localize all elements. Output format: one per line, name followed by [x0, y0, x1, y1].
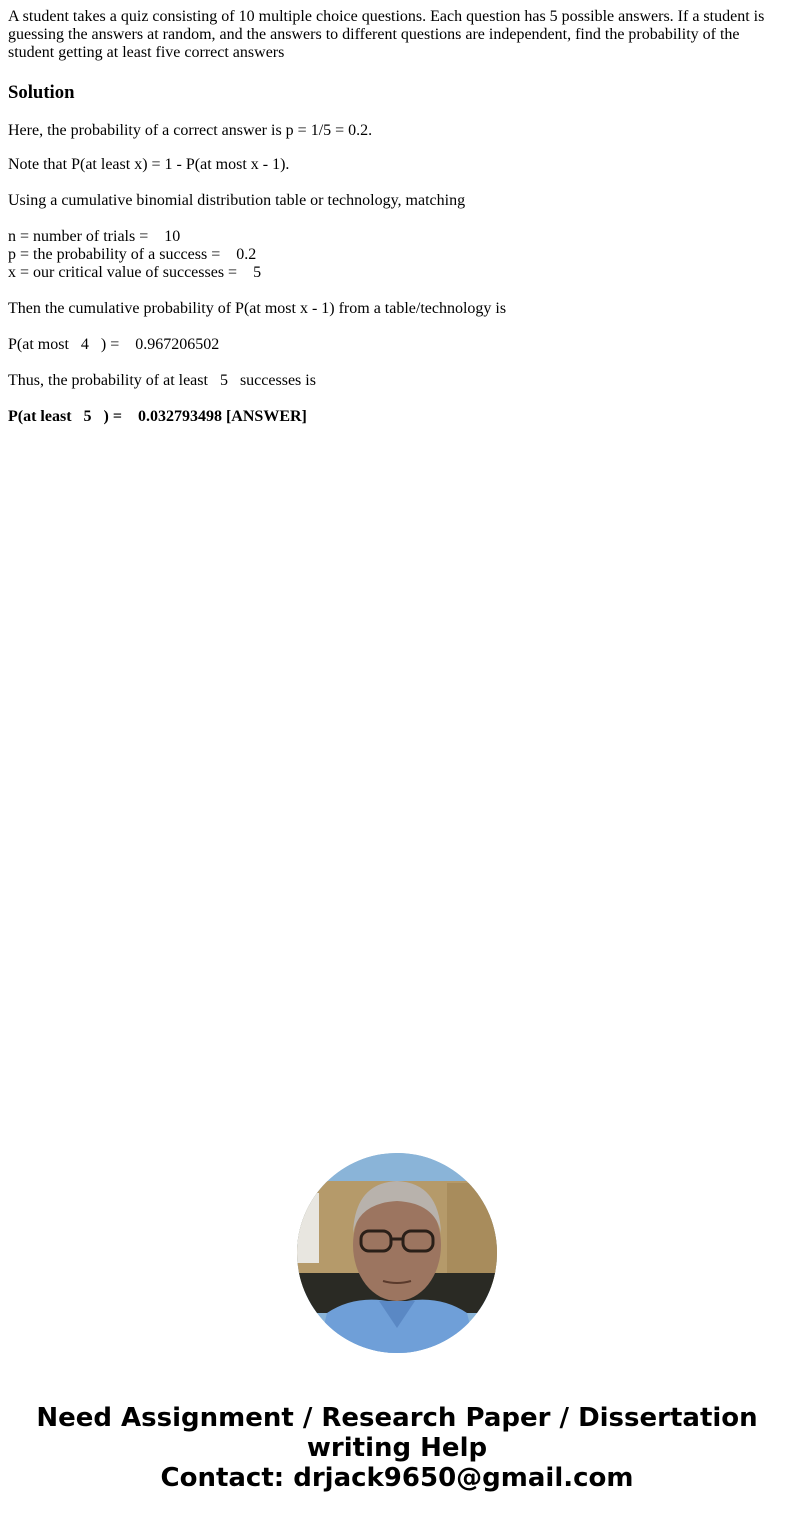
param-x: x = our critical value of successes = 5 — [8, 264, 786, 282]
cumulative-statement: Then the cumulative probability of P(at … — [8, 300, 786, 318]
cumulative-value: P(at most 4 ) = 0.967206502 — [8, 336, 786, 354]
conclusion-statement: Thus, the probability of at least 5 succ… — [8, 372, 786, 390]
probability-statement: Here, the probability of a correct answe… — [8, 122, 786, 140]
param-p: p = the probability of a success = 0.2 — [8, 246, 786, 264]
promo-banner: Need Assignment / Research Paper / Disse… — [0, 1403, 794, 1493]
complement-note: Note that P(at least x) = 1 - P(at most … — [8, 156, 786, 174]
solution-heading: Solution — [8, 82, 786, 104]
parameter-list: n = number of trials = 10 p = the probab… — [8, 228, 786, 282]
person-portrait-icon — [297, 1153, 497, 1353]
promo-line-2: writing Help — [0, 1433, 794, 1463]
param-n: n = number of trials = 10 — [8, 228, 786, 246]
method-statement: Using a cumulative binomial distribution… — [8, 192, 786, 210]
author-avatar — [297, 1153, 497, 1353]
promo-contact: Contact: drjack9650@gmail.com — [0, 1463, 794, 1493]
document-body: A student takes a quiz consisting of 10 … — [8, 8, 786, 426]
promo-line-1: Need Assignment / Research Paper / Disse… — [0, 1403, 794, 1433]
final-answer: P(at least 5 ) = 0.032793498 [ANSWER] — [8, 408, 786, 426]
question-text: A student takes a quiz consisting of 10 … — [8, 8, 786, 62]
